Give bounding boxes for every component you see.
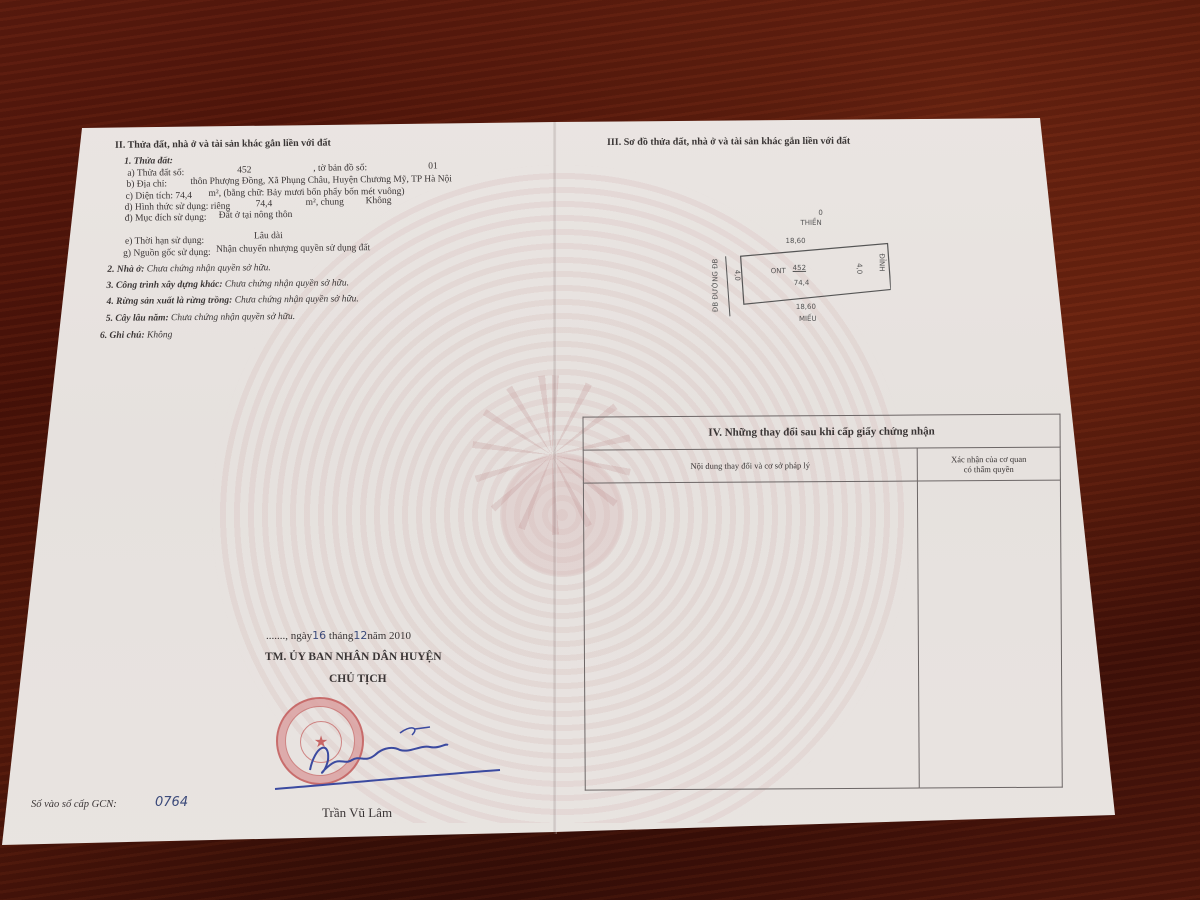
changes-table: IV. Những thay đổi sau khi cấp giấy chứn… (582, 414, 1062, 791)
land-use-certificate: II. Thửa đất, nhà ở và tài sản khác gắn … (0, 0, 1200, 900)
left-width-label: 4,0 (733, 270, 741, 281)
changes-table-title: IV. Những thay đổi sau khi cấp giấy chứn… (583, 414, 1060, 450)
section-iii-title: III. Sơ đồ thửa đất, nhà ở và tài sản kh… (607, 136, 850, 148)
land-type-label: ONT (771, 267, 786, 275)
authority-confirmation-cell (917, 480, 1062, 788)
right-width-label: 4,0 (855, 263, 863, 274)
bottom-length-label: 18,60 (796, 303, 816, 311)
changes-content-cell (583, 481, 919, 790)
right-neighbor-label: ĐỈNH (878, 254, 886, 272)
changes-content-header: Nội dung thay đổi và cơ sở pháp lý (583, 448, 917, 483)
left-road-label: ĐB ĐƯỜNG ĐB (711, 259, 719, 312)
top-length-label: 18,60 (786, 237, 806, 245)
top-neighbor-label: THIỀN (800, 219, 821, 227)
area-label-diagram: 74,4 (794, 279, 810, 287)
authority-confirmation-header: Xác nhận của cơ quan có thẩm quyền (917, 447, 1060, 481)
authority-header-line2: có thẩm quyền (919, 464, 1059, 475)
north-marker: 0 (818, 209, 823, 217)
bottom-neighbor-label: MIẾU (799, 315, 817, 323)
plot-number-label-diagram: 452 (793, 264, 806, 272)
